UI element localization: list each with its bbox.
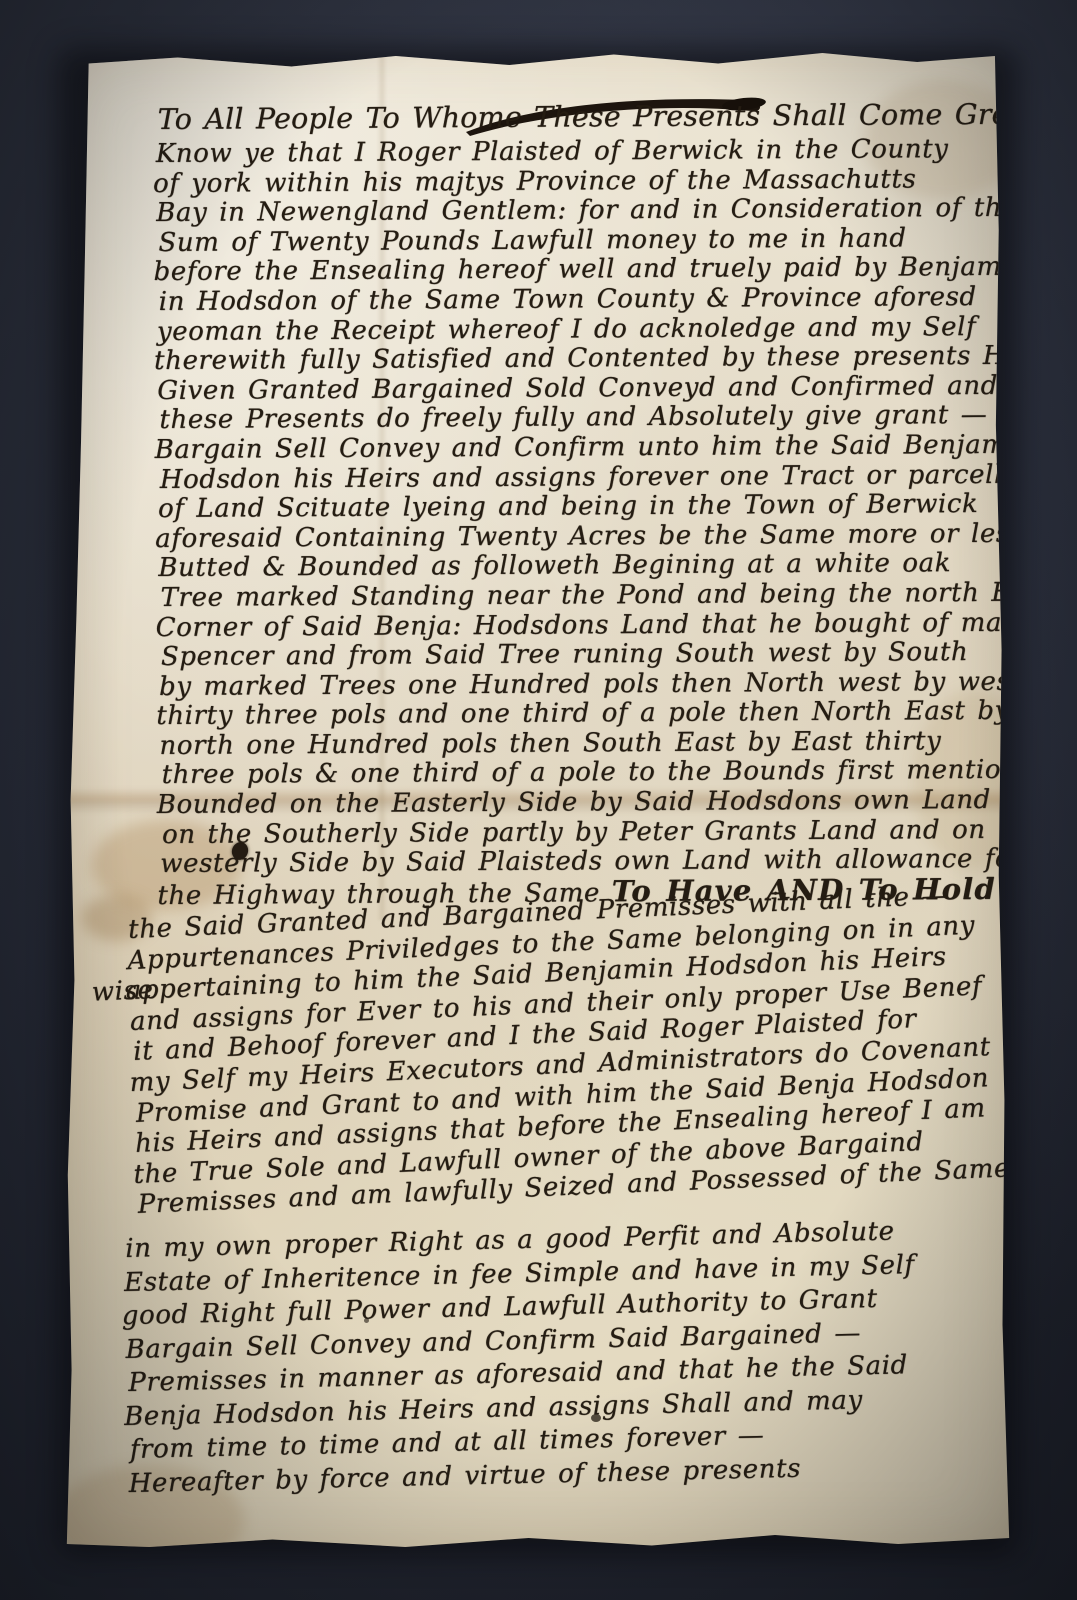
margin-word: wise	[91, 976, 154, 1009]
paper-sheet: To All People To Whome These Presents Sh…	[64, 50, 1012, 1550]
manuscript-middle-section: the Said Granted and Bargained Premisses…	[126, 880, 998, 1222]
manuscript-line: To All People To Whome These Presents Sh…	[158, 95, 990, 140]
photo-of-manuscript: { "photo": { "background_color": "#25293…	[0, 0, 1077, 1600]
manuscript-upper-section: To All People To Whome These Presents Sh…	[156, 95, 995, 910]
manuscript-lower-section: in my own proper Right as a good Perfit …	[123, 1214, 995, 1502]
manuscript-text: To All People To Whome These Presents Sh…	[158, 100, 992, 1501]
